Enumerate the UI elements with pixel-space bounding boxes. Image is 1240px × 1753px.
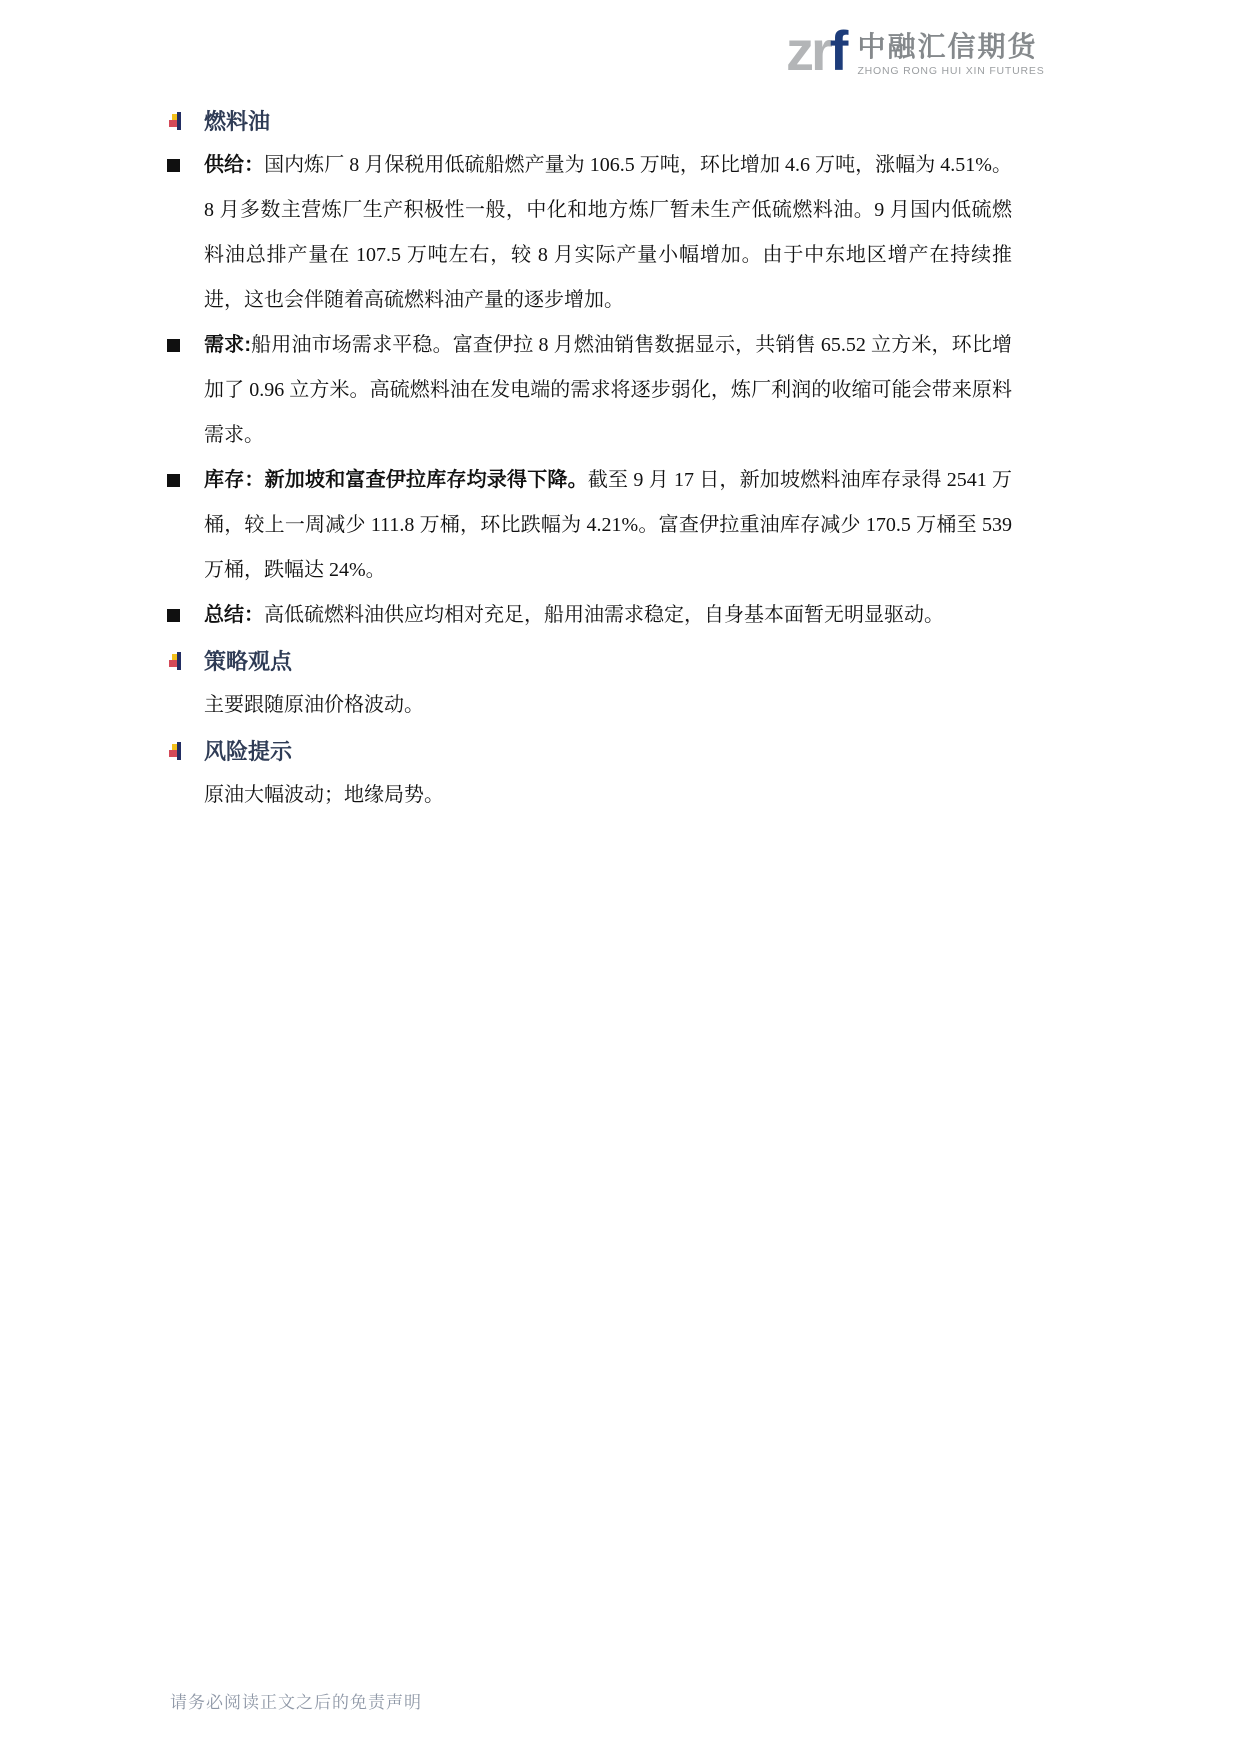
logo-zr-text: zr xyxy=(786,19,830,82)
section-heading-strategy: 策略观点 xyxy=(166,638,1012,683)
logo-zrf-mark: zrf xyxy=(786,22,845,80)
bullet-demand: 需求:船用油市场需求平稳。富查伊拉 8 月燃油销售数据显示，共销售 65.52 … xyxy=(166,323,1012,458)
bullet-marker-col xyxy=(166,593,204,638)
bullet-text: 国内炼厂 8 月保税用低硫船燃产量为 106.5 万吨，环比增加 4.6 万吨，… xyxy=(204,154,1012,311)
square-bullet-icon xyxy=(167,474,180,487)
section-bullet-icon xyxy=(168,111,184,131)
disclaimer-footer: 请务必阅读正文之后的免责声明 xyxy=(170,1688,422,1713)
square-bullet-icon xyxy=(167,339,180,352)
bullet-summary: 总结：高低硫燃料油供应均相对充足，船用油需求稳定，自身基本面暂无明显驱动。 xyxy=(166,593,1012,638)
bullet-text: 船用油市场需求平稳。富查伊拉 8 月燃油销售数据显示，共销售 65.52 立方米… xyxy=(204,334,1012,446)
square-bullet-icon xyxy=(167,159,180,172)
bullet-demand-text: 需求:船用油市场需求平稳。富查伊拉 8 月燃油销售数据显示，共销售 65.52 … xyxy=(204,323,1012,458)
risk-paragraph: 原油大幅波动；地缘局势。 xyxy=(166,773,1012,818)
section-bullet-icon xyxy=(168,741,184,761)
company-logo: zrf 中融汇信期货 ZHONG RONG HUI XIN FUTURES xyxy=(786,22,1045,80)
bullet-summary-text: 总结：高低硫燃料油供应均相对充足，船用油需求稳定，自身基本面暂无明显驱动。 xyxy=(204,593,1012,638)
company-name-cn: 中融汇信期货 xyxy=(857,32,1044,62)
bullet-inventory: 库存：新加坡和富查伊拉库存均录得下降。截至 9 月 17 日，新加坡燃料油库存录… xyxy=(166,458,1012,593)
section-title: 风险提示 xyxy=(204,735,292,766)
bullet-supply: 供给：国内炼厂 8 月保税用低硫船燃产量为 106.5 万吨，环比增加 4.6 … xyxy=(166,143,1012,323)
bullet-label: 库存： xyxy=(204,469,265,491)
bullet-supply-text: 供给：国内炼厂 8 月保税用低硫船燃产量为 106.5 万吨，环比增加 4.6 … xyxy=(204,143,1012,323)
logo-wordmark: 中融汇信期货 ZHONG RONG HUI XIN FUTURES xyxy=(857,22,1044,77)
report-body: 燃料油 供给：国内炼厂 8 月保税用低硫船燃产量为 106.5 万吨，环比增加 … xyxy=(166,98,1012,818)
section-heading-risk: 风险提示 xyxy=(166,728,1012,773)
logo-f-text: f xyxy=(830,19,846,82)
bullet-label: 需求: xyxy=(204,334,251,356)
bullet-inventory-text: 库存：新加坡和富查伊拉库存均录得下降。截至 9 月 17 日，新加坡燃料油库存录… xyxy=(204,458,1012,593)
section-title: 策略观点 xyxy=(204,645,292,676)
company-name-en: ZHONG RONG HUI XIN FUTURES xyxy=(857,65,1044,77)
bullet-label: 总结： xyxy=(204,604,264,626)
square-bullet-icon xyxy=(167,609,180,622)
bullet-marker-col xyxy=(166,143,204,323)
bullet-bold-lead: 新加坡和富查伊拉库存均录得下降。 xyxy=(265,469,588,491)
section-title: 燃料油 xyxy=(204,105,270,136)
bullet-marker-col xyxy=(166,458,204,593)
section-heading-fuel-oil: 燃料油 xyxy=(166,98,1012,143)
strategy-paragraph: 主要跟随原油价格波动。 xyxy=(166,683,1012,728)
bullet-label: 供给： xyxy=(204,154,264,176)
section-bullet-icon xyxy=(168,651,184,671)
bullet-text: 高低硫燃料油供应均相对充足，船用油需求稳定，自身基本面暂无明显驱动。 xyxy=(264,604,944,626)
bullet-marker-col xyxy=(166,323,204,458)
